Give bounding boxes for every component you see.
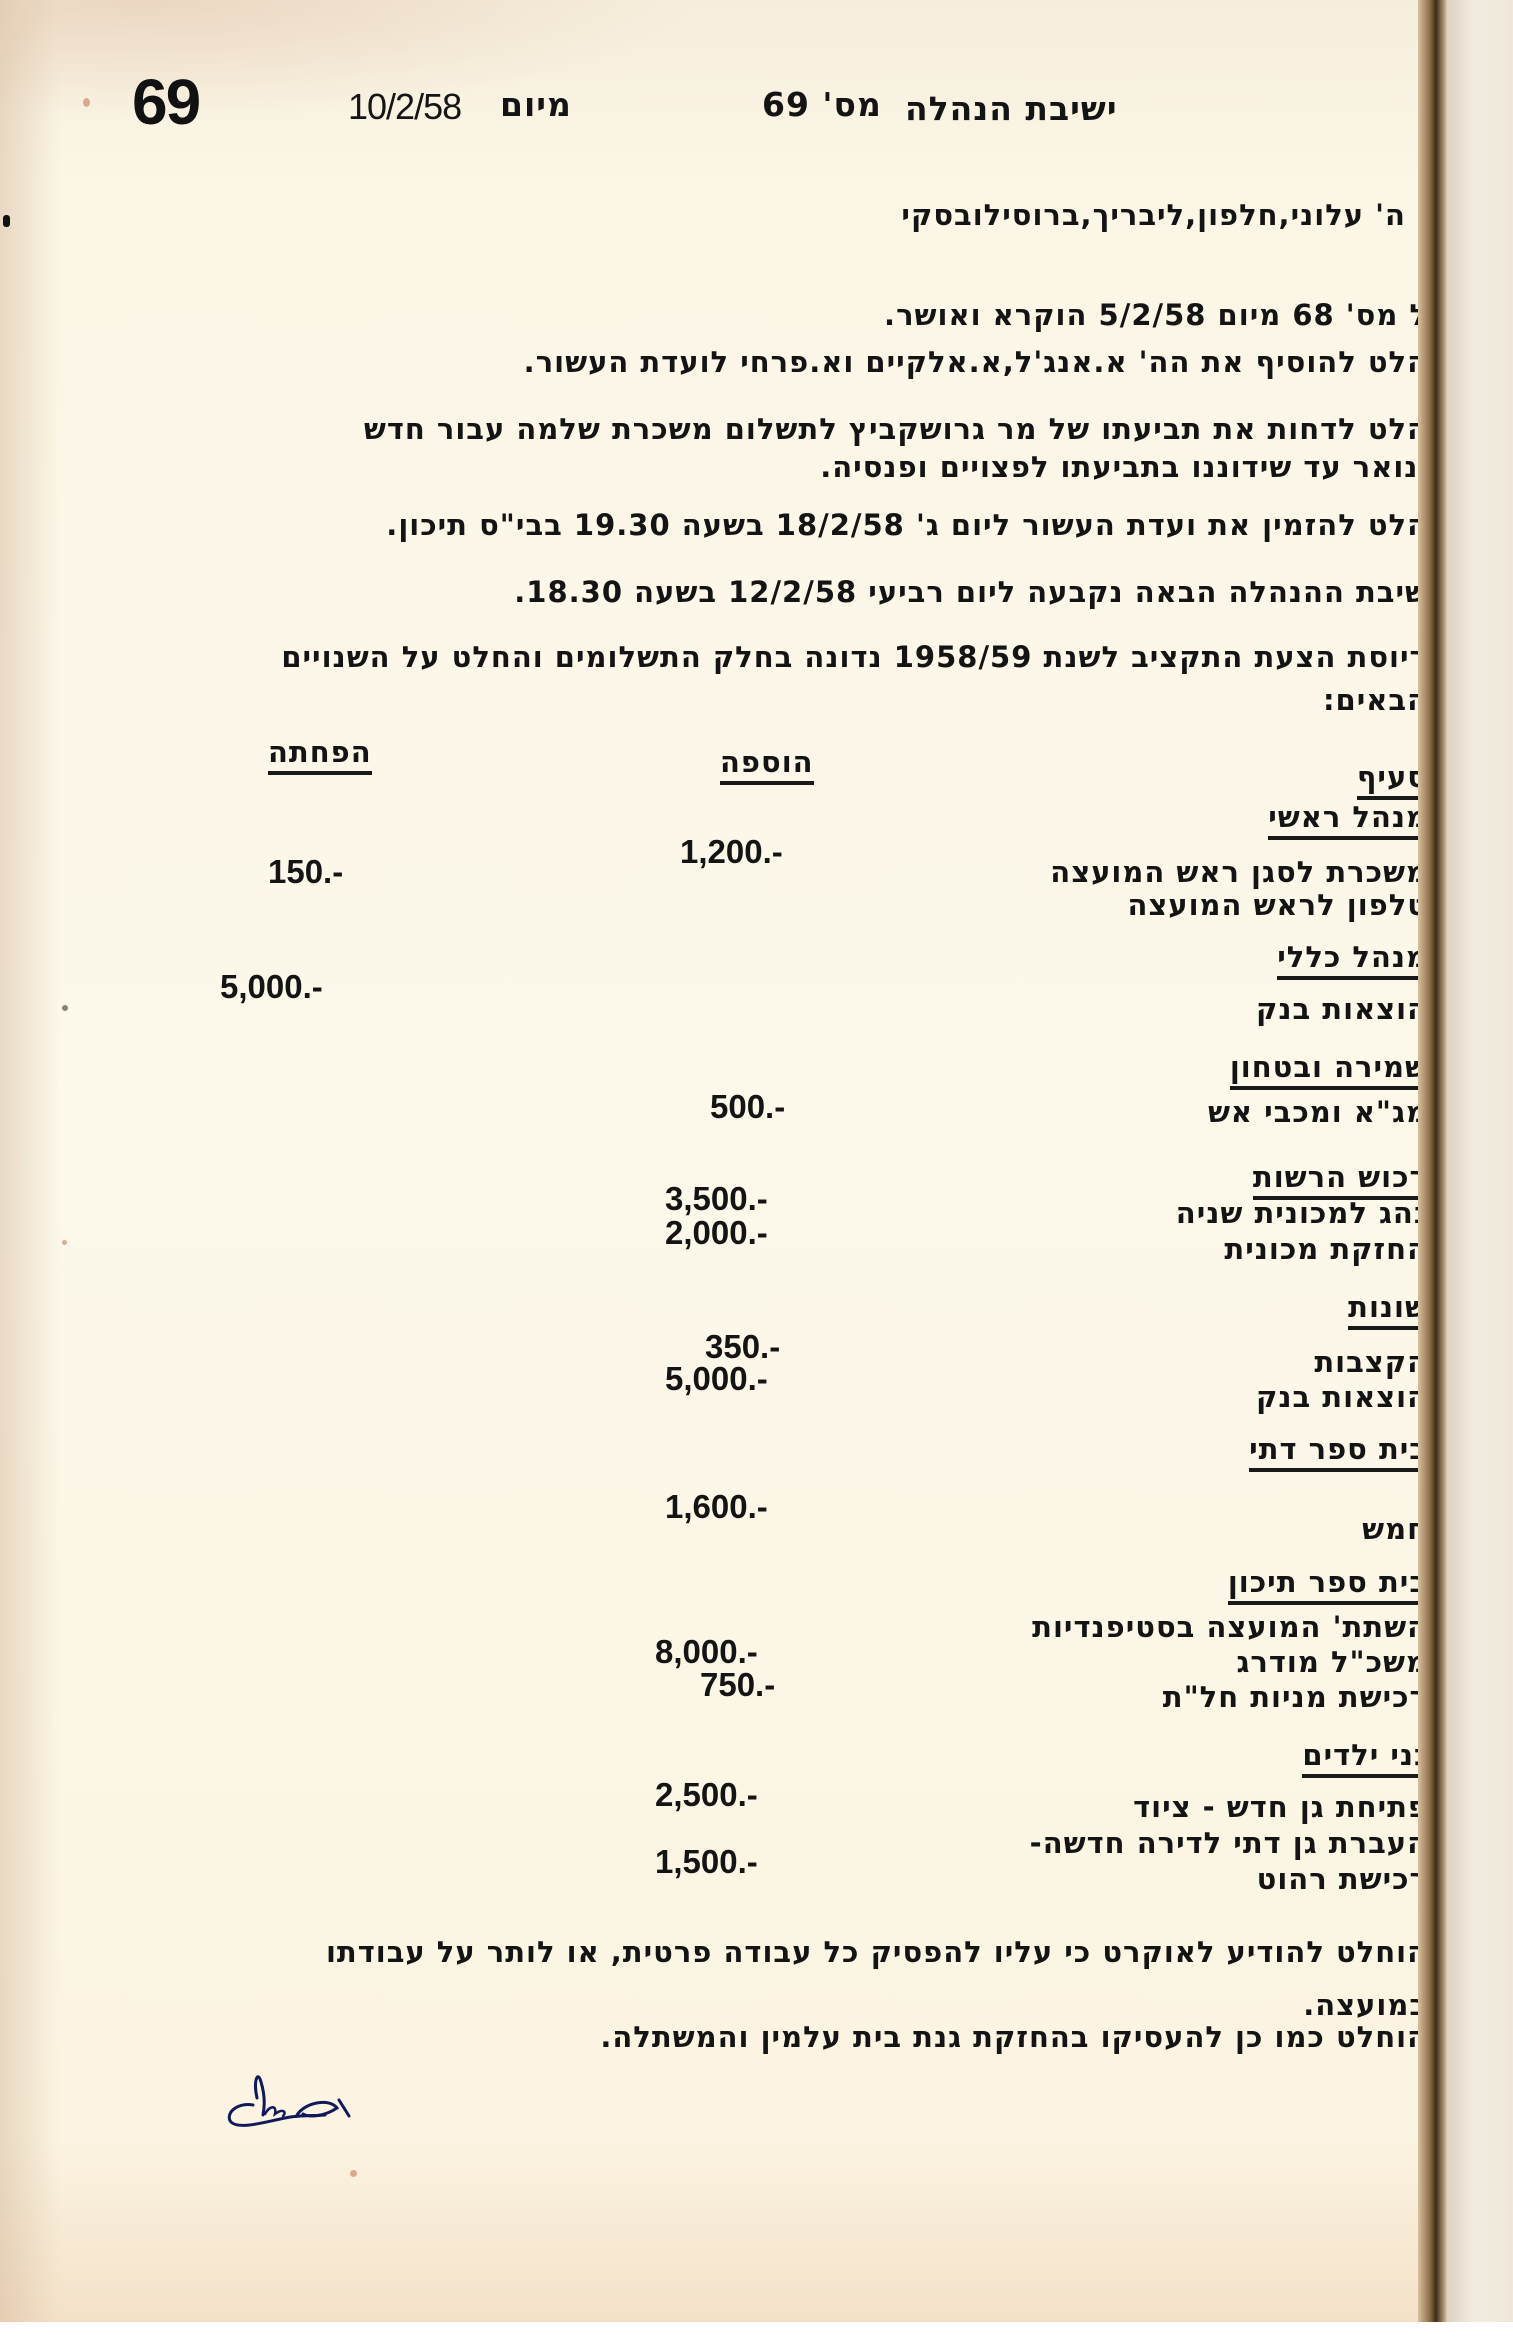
section-heading: מנהל ראשי: [1268, 800, 1428, 840]
decision-line: ריוסת הצעת התקציב לשנת 1958/59 נדונה בחל…: [281, 640, 1428, 674]
decision-line: הלט להזמין את ועדת העשור ליום ג' 18/2/58…: [386, 508, 1428, 542]
decision-line: הלט להוסיף את הה' א.אנג'ל,א.אלקיים וא.פר…: [524, 345, 1428, 379]
ink-spot: [62, 1005, 68, 1011]
section-heading: מנהל כללי: [1277, 940, 1428, 980]
decision-line: הלט לדחות את תביעתו של מר גרושקביץ לתשלו…: [364, 412, 1428, 446]
decision-line: ינואר עד שידוננו בתביעתו לפצויים ופנסיה.: [820, 450, 1428, 484]
ink-spot: [62, 1240, 67, 1245]
addition-amount: 8,000.-: [655, 1635, 758, 1669]
budget-item: הוצאות בנק: [1256, 1380, 1428, 1414]
document-page: 69 10/2/58 מיום מס' 69 ישיבת הנהלה ה ה' …: [0, 0, 1513, 2322]
section-heading: בית ספר תיכון: [1228, 1565, 1428, 1605]
header-meeting-number: מס' 69: [762, 88, 882, 122]
closing-line: הוחלט כמו כן להעסיקו בהחזקת גנת בית עלמי…: [600, 2020, 1428, 2054]
budget-item: משכרת לסגן ראש המועצה: [1050, 855, 1428, 889]
section-heading: בית ספר דתי: [1249, 1432, 1428, 1472]
budget-item: נהג למכונית שניה: [1176, 1196, 1428, 1230]
page-number: 69: [132, 65, 199, 139]
section-heading: גני ילדים: [1302, 1738, 1428, 1778]
closing-line: הוחלט להודיע לאוקרט כי עליו להפסיק כל עב…: [326, 1935, 1428, 1969]
decision-line: הבאים:: [1323, 683, 1428, 717]
column-header-addition: הוספה: [720, 745, 814, 785]
header-title: ישיבת הנהלה: [905, 92, 1118, 126]
addition-amount: 3,500.-: [665, 1182, 768, 1216]
budget-item: הוצאות בנק: [1256, 992, 1428, 1026]
ink-spot: [83, 98, 90, 107]
signature: [225, 2070, 385, 2150]
addition-amount: 2,500.-: [655, 1778, 758, 1812]
ink-spot: [350, 2170, 357, 2177]
adjacent-page-edge: ה"ע יע העה תג אחמ צג רזמ דה הח ער יח זמ …: [1448, 0, 1513, 2322]
budget-item: רכישת מניות חל"ת: [1163, 1680, 1428, 1714]
budget-item: החזקת מכונית: [1224, 1232, 1428, 1266]
section-heading: שונות: [1348, 1290, 1428, 1330]
header-from-label: מיום: [500, 88, 572, 122]
column-header-reduction: הפחתה: [268, 735, 372, 775]
header-date: 10/2/58: [348, 86, 461, 128]
budget-item: השתת' המועצה בסטיפנדיות: [1032, 1610, 1428, 1644]
reduction-amount: 5,000.-: [220, 970, 323, 1004]
addition-amount: 1,600.-: [665, 1490, 768, 1524]
budget-item: העברת גן דתי לדירה חדשה-: [1030, 1826, 1428, 1860]
attendance-line: ה ה' עלוני,חלפון,ליבריך,ברוסילובסקי: [901, 198, 1438, 232]
binder-hole-mark: [3, 215, 10, 227]
minutes-approval-line: ל מס' 68 מיום 5/2/58 הוקרא ואושר.: [884, 298, 1428, 332]
budget-item: משכ"ל מודרג: [1236, 1645, 1428, 1679]
addition-amount: 750.-: [700, 1668, 775, 1702]
section-heading: שמירה ובטחון: [1230, 1050, 1428, 1090]
budget-item: טלפון לראש המועצה: [1127, 888, 1428, 922]
closing-line: במועצה.: [1303, 1988, 1428, 2022]
addition-amount: 5,000.-: [665, 1362, 768, 1396]
budget-item: הקצבות: [1314, 1345, 1428, 1379]
book-gutter: [1418, 0, 1448, 2322]
decision-line: שיבת ההנהלה הבאה נקבעה ליום רביעי 12/2/5…: [514, 575, 1428, 609]
addition-amount: 500.-: [710, 1090, 785, 1124]
section-heading: רכוש הרשות: [1253, 1160, 1428, 1200]
reduction-amount: 150.-: [268, 855, 343, 889]
budget-item: רכישת רהוט: [1257, 1862, 1428, 1896]
addition-amount: 1,500.-: [655, 1845, 758, 1879]
addition-amount: 2,000.-: [665, 1216, 768, 1250]
budget-item: מג"א ומכבי אש: [1208, 1095, 1428, 1129]
budget-item: פתיחת גן חדש - ציוד: [1133, 1790, 1428, 1824]
addition-amount: 350.-: [705, 1330, 780, 1364]
addition-amount: 1,200.-: [680, 835, 783, 869]
